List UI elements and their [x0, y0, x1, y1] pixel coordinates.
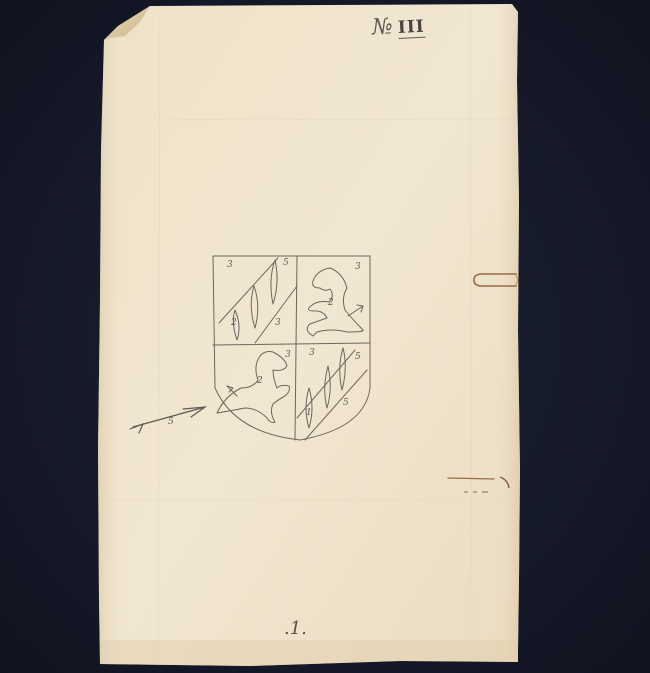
- tincture-mark: 3: [309, 348, 315, 358]
- page-number: .1.: [284, 618, 307, 639]
- horizontal-divider: [213, 343, 370, 345]
- tincture-mark: 3: [227, 260, 233, 270]
- tincture-mark: 2: [231, 318, 237, 328]
- arrow-sketch: 5: [125, 395, 215, 440]
- tincture-mark: 2: [328, 298, 334, 308]
- tincture-mark: 2: [257, 376, 263, 386]
- tincture-mark: 5: [343, 398, 349, 408]
- vertical-divider: [295, 256, 297, 440]
- tincture-mark: 5: [355, 352, 361, 362]
- shield-outline: [213, 256, 370, 440]
- rust-stain-mark: [446, 474, 516, 500]
- document-number: №III: [371, 13, 425, 41]
- manuscript-page: №III: [0, 0, 650, 673]
- number-numeral: III: [397, 17, 425, 39]
- tincture-mark: 5: [283, 258, 289, 268]
- tincture-mark: 5: [168, 417, 174, 427]
- coat-of-arms-sketch: 3 5 3 2 3 2 3 2 3 5 5 1: [205, 248, 380, 448]
- shield-drawing: [205, 248, 380, 448]
- tincture-mark: 3: [285, 350, 291, 360]
- paperclip-rust-mark: [468, 266, 524, 294]
- tincture-mark: 3: [355, 262, 361, 272]
- tincture-mark: 3: [275, 318, 281, 328]
- number-prefix: №: [371, 14, 394, 40]
- tincture-mark: 1: [306, 408, 312, 418]
